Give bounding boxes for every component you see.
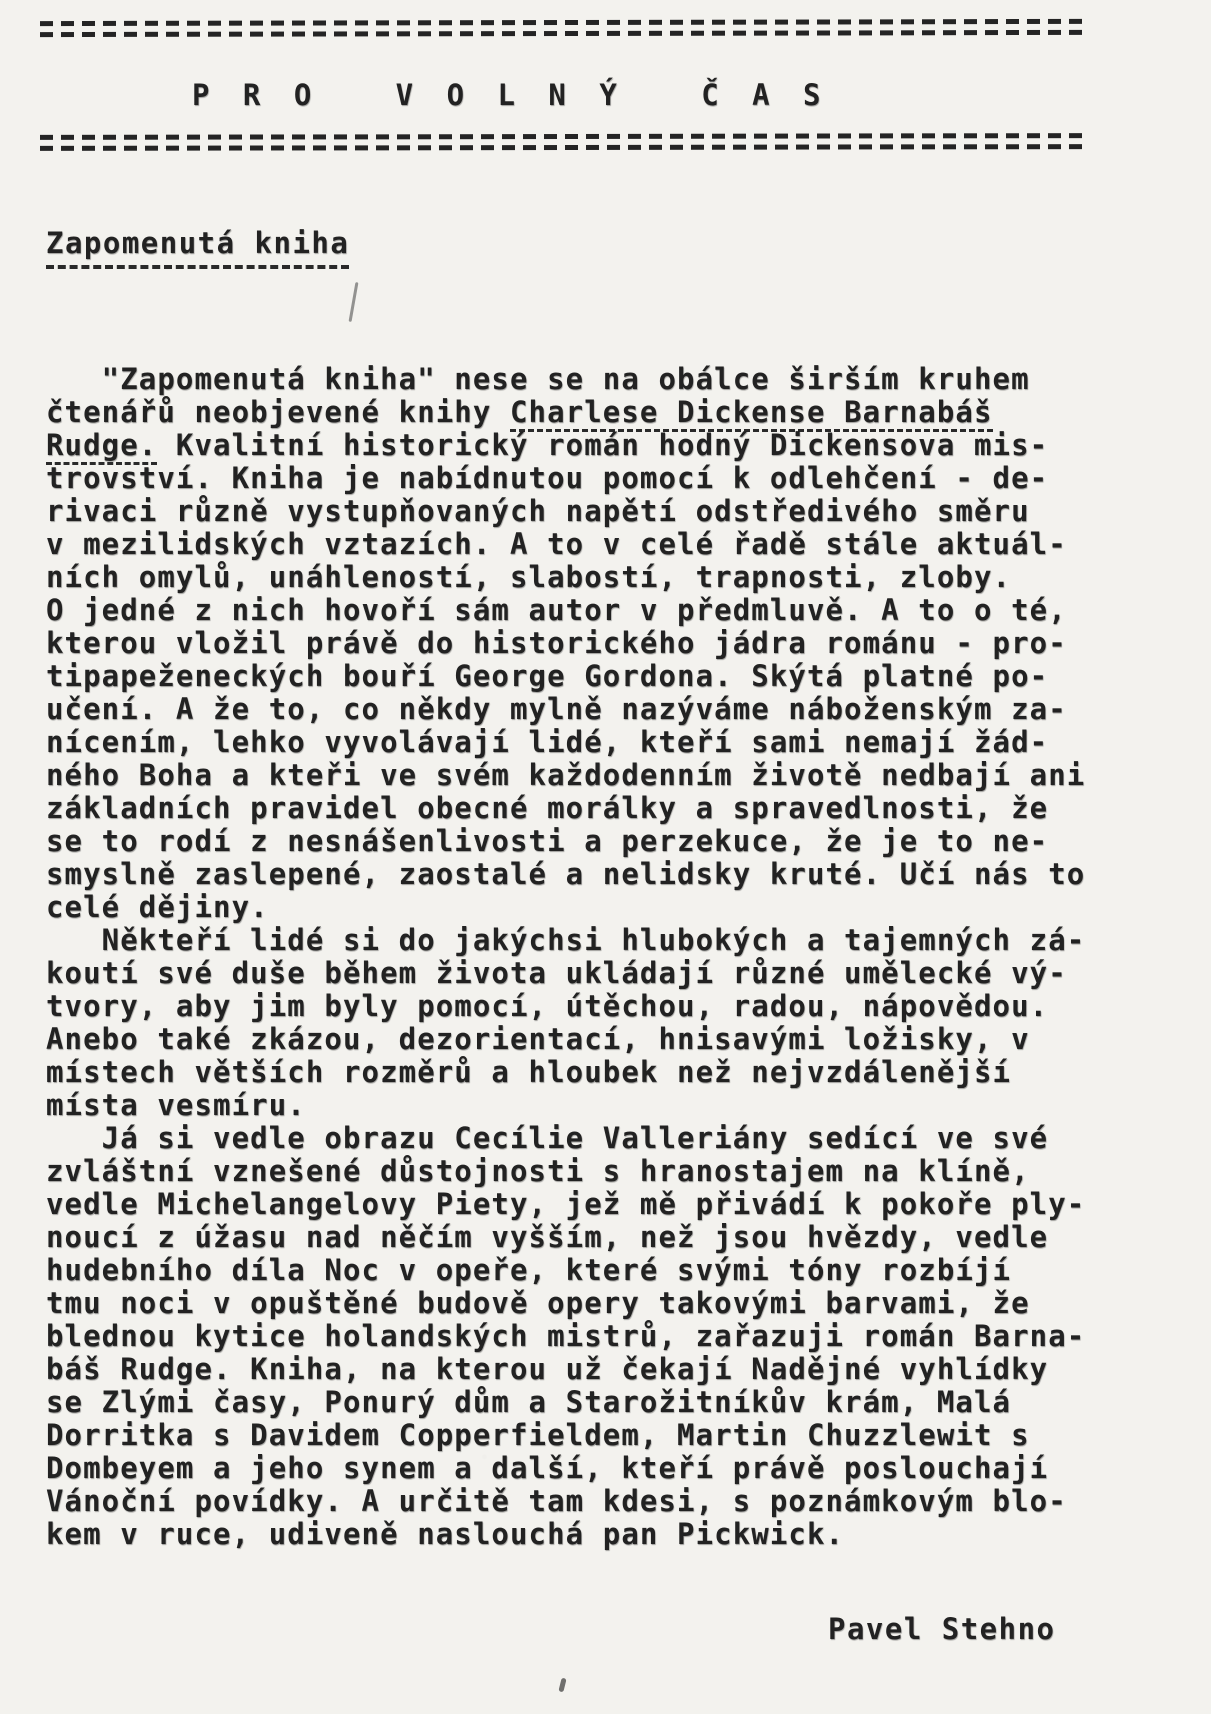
- text-line: Někteří lidé si do jakýchsi hlubokých a …: [46, 924, 1166, 957]
- text-segment: Kvalitní historický román hodný Dickenso…: [157, 428, 1048, 462]
- article-heading: Zapomenutá kniha: [46, 226, 349, 269]
- underlined-book-author: Charlese Dickense Barnabáš: [510, 395, 993, 432]
- text-line: Rudge. Kvalitní historický román hodný D…: [46, 429, 1166, 462]
- text-line: Dorritka s Davidem Copperfieldem, Martin…: [46, 1419, 1166, 1452]
- dash-row: [40, 30, 1088, 37]
- scan-artifact: [558, 1678, 566, 1693]
- text-line: tipapeženeckých bouří George Gordona. Sk…: [46, 660, 1166, 693]
- author-signature: Pavel Stehno: [828, 1612, 1056, 1646]
- text-line: čtenářů neobjevené knihy Charlese Dicken…: [46, 396, 1166, 429]
- text-line: rivaci různě vystupňovaných napětí odstř…: [46, 495, 1166, 528]
- text-line: Dombeyem a jeho synem a další, kteří prá…: [46, 1452, 1166, 1485]
- paragraph-2: Někteří lidé si do jakýchsi hlubokých a …: [46, 924, 1166, 1122]
- article-body: "Zapomenutá kniha" nese se na obálce šir…: [46, 363, 1166, 1551]
- text-line: trovství. Kniha je nabídnutou pomocí k o…: [46, 462, 1166, 495]
- text-line: tvory, aby jim byly pomocí, útěchou, rad…: [46, 990, 1166, 1023]
- text-line: tmu noci v opuštěné budově opery takovým…: [46, 1287, 1166, 1320]
- text-line: báš Rudge. Kniha, na kterou už čekají Na…: [46, 1353, 1166, 1386]
- underlined-book-title: Rudge.: [46, 428, 157, 465]
- dash-row: [40, 19, 1088, 26]
- text-line: kem v ruce, udiveně naslouchá pan Pickwi…: [46, 1518, 1166, 1551]
- text-line: základních pravidel obecné morálky a spr…: [46, 792, 1166, 825]
- text-line: v mezilidských vztazích. A to v celé řad…: [46, 528, 1166, 561]
- text-line: kterou vložil právě do historického jádr…: [46, 627, 1166, 660]
- text-line: hudebního díla Noc v opeře, které svými …: [46, 1254, 1166, 1287]
- text-line: noucí z úžasu nad něčím vyšším, než jsou…: [46, 1221, 1166, 1254]
- text-line: se to rodí z nesnášenlivosti a perzekuce…: [46, 825, 1166, 858]
- text-line: zvláštní vznešené důstojnosti s hranosta…: [46, 1155, 1166, 1188]
- dash-row: [40, 144, 1088, 151]
- text-line: místech větších rozměrů a hloubek než ne…: [46, 1056, 1166, 1089]
- document-page: P R O V O L N Ý Č A S Zapomenutá kniha "…: [0, 0, 1211, 1714]
- masthead-rule-top: [40, 19, 1088, 43]
- paragraph-1-rest: trovství. Kniha je nabídnutou pomocí k o…: [46, 462, 1166, 924]
- text-line: Vánoční povídky. A určitě tam kdesi, s p…: [46, 1485, 1166, 1518]
- text-line: učení. A že to, co někdy mylně nazýváme …: [46, 693, 1166, 726]
- text-line: vedle Michelangelovy Piety, jež mě přivá…: [46, 1188, 1166, 1221]
- text-line: celé dějiny.: [46, 891, 1166, 924]
- text-line: blednou kytice holandských mistrů, zařaz…: [46, 1320, 1166, 1353]
- paragraph-3: Já si vedle obrazu Cecílie Valleriány se…: [46, 1122, 1166, 1551]
- text-line: "Zapomenutá kniha" nese se na obálce šir…: [46, 363, 1166, 396]
- masthead-title: P R O V O L N Ý Č A S: [192, 78, 829, 112]
- dash-row: [40, 133, 1088, 140]
- text-line: místa vesmíru.: [46, 1089, 1166, 1122]
- text-line: Já si vedle obrazu Cecílie Valleriány se…: [46, 1122, 1166, 1155]
- text-line: se Zlými časy, Ponurý dům a Starožitníků…: [46, 1386, 1166, 1419]
- text-line: ného Boha a kteři ve svém každodenním ži…: [46, 759, 1166, 792]
- text-line: O jedné z nich hovoří sám autor v předml…: [46, 594, 1166, 627]
- masthead-rule-bottom: [40, 133, 1088, 157]
- text-line: nícením, lehko vyvolávají lidé, kteří sa…: [46, 726, 1166, 759]
- text-line: ních omylů, unáhleností, slabostí, trapn…: [46, 561, 1166, 594]
- text-segment: čtenářů neobjevené knihy: [46, 395, 510, 429]
- text-line: koutí své duše během života ukládají růz…: [46, 957, 1166, 990]
- text-line: smyslně zaslepené, zaostalé a nelidsky k…: [46, 858, 1166, 891]
- scan-artifact: [349, 282, 359, 322]
- text-line: Anebo také zkázou, dezorientací, hnisavý…: [46, 1023, 1166, 1056]
